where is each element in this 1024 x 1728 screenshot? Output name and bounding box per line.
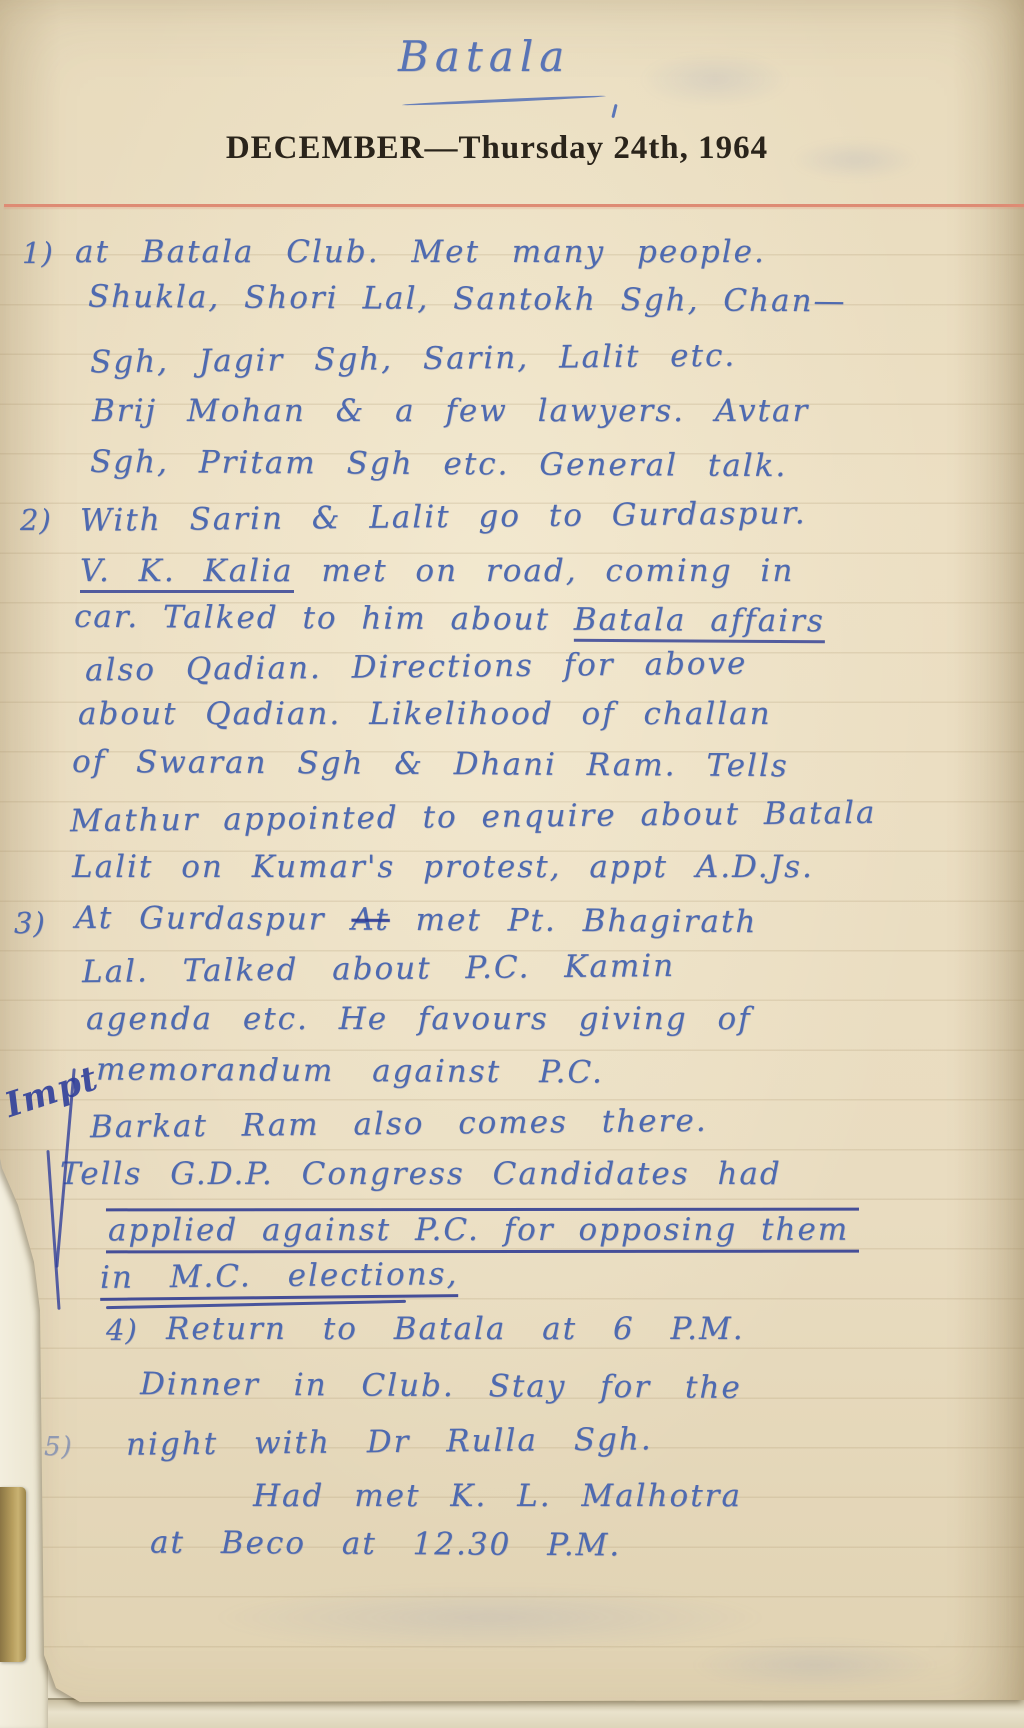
ink-ghost-smudge: [640, 52, 790, 107]
line-text: car. Talked to him about: [74, 599, 574, 638]
ink-ghost-smudge: [210, 1585, 770, 1650]
diary-line: Lalit on Kumar's protest, appt A.D.Js.: [72, 849, 814, 885]
red-header-rule: [4, 204, 1024, 207]
underlined-name: V. K. Kalia: [80, 553, 294, 593]
line-text: Sgh, Jagir Sgh, Sarin, Lalit etc.: [90, 338, 737, 381]
line-text: Sgh, Pritam Sgh etc. General talk.: [90, 444, 788, 484]
line-text: about Qadian. Likelihood of challan: [78, 696, 772, 732]
diary-line: Shukla, Shori Lal, Santokh Sgh, Chan—: [88, 279, 847, 320]
underlined-phrase: Batala affairs: [574, 602, 825, 644]
line-text: Dinner in Club. Stay for the: [140, 1366, 742, 1406]
line-text: Tells G.D.P. Congress Candidates had: [60, 1156, 782, 1192]
diary-line: agenda etc. He favours giving of: [86, 1001, 752, 1037]
line-text: Shukla, Shori Lal, Santokh Sgh, Chan—: [88, 279, 847, 320]
diary-line: in M.C. elections,: [100, 1256, 459, 1301]
diary-paper: Batala DECEMBER—Thursday 24th, 1964 at B…: [0, 0, 1024, 1728]
diary-line: at Beco at 12.30 P.M.: [150, 1525, 621, 1564]
entry-number: 3): [14, 906, 46, 940]
diary-line: about Qadian. Likelihood of challan: [78, 696, 772, 732]
diary-line: Had met K. L. Malhotra: [253, 1478, 742, 1514]
diary-line: Lal. Talked about P.C. Kamin: [82, 948, 675, 990]
line-text: Brij Mohan & a few lawyers. Avtar: [92, 393, 809, 429]
struck-word: At: [351, 902, 390, 938]
line-text: Barkat Ram also comes there.: [90, 1103, 708, 1145]
entry-number: 1): [22, 236, 54, 270]
title-tick-mark: [611, 104, 617, 118]
double-underlined-phrase: applied against P.C. for opposing them: [106, 1208, 859, 1254]
line-text: memorandum against P.C.: [96, 1051, 604, 1090]
diary-line: Sgh, Pritam Sgh etc. General talk.: [90, 444, 788, 484]
diary-line: At Gurdaspur At met Pt. Bhagirath: [75, 900, 758, 940]
entry-number: 4): [106, 1313, 138, 1347]
diary-line: Return to Batala at 6 P.M.: [166, 1311, 745, 1347]
ink-ghost-smudge: [690, 1640, 940, 1690]
line-text: at Beco at 12.30 P.M.: [150, 1525, 621, 1564]
diary-line: Sgh, Jagir Sgh, Sarin, Lalit etc.: [90, 338, 737, 381]
ink-ghost-smudge: [790, 140, 920, 180]
title-underline-stroke: [402, 95, 606, 107]
line-text: Had met K. L. Malhotra: [253, 1478, 742, 1514]
handwritten-place-title: Batala: [398, 32, 570, 81]
diary-line: applied against P.C. for opposing them: [106, 1206, 859, 1256]
diary-line: at Batala Club. Met many people.: [75, 234, 766, 270]
diary-line: Brij Mohan & a few lawyers. Avtar: [92, 393, 809, 429]
line-text: at Batala Club. Met many people.: [75, 234, 766, 270]
diary-line: With Sarin & Lalit go to Gurdaspur.: [80, 495, 807, 539]
diary-page-scan: Batala DECEMBER—Thursday 24th, 1964 at B…: [0, 0, 1024, 1728]
line-text: agenda etc. He favours giving of: [86, 1001, 752, 1037]
diary-line: of Swaran Sgh & Dhani Ram. Tells: [72, 744, 789, 784]
underlined-phrase: in M.C. elections,: [100, 1256, 459, 1301]
line-text: Return to Batala at 6 P.M.: [166, 1311, 745, 1347]
line-text: Lal. Talked about P.C. Kamin: [82, 948, 675, 990]
diary-line: V. K. Kalia met on road, coming in: [80, 553, 794, 589]
line-text: of Swaran Sgh & Dhani Ram. Tells: [72, 744, 789, 784]
diary-line: Barkat Ram also comes there.: [90, 1103, 708, 1145]
line-text: met Pt. Bhagirath: [390, 902, 758, 940]
line-text: also Qadian. Directions for above: [85, 646, 748, 689]
line-text: At Gurdaspur: [75, 900, 352, 938]
diary-line: Dinner in Club. Stay for the: [140, 1366, 742, 1406]
line-text: night with Dr Rulla Sgh.: [126, 1421, 653, 1463]
line-text: With Sarin & Lalit go to Gurdaspur.: [80, 495, 807, 539]
diary-line: also Qadian. Directions for above: [85, 646, 748, 689]
diary-line: Tells G.D.P. Congress Candidates had: [60, 1156, 782, 1192]
diary-line: car. Talked to him about Batala affairs: [74, 599, 825, 640]
entry-number: 2): [20, 503, 52, 537]
diary-line: memorandum against P.C.: [96, 1051, 604, 1090]
diary-line: night with Dr Rulla Sgh.: [126, 1421, 653, 1463]
line-text: met on road, coming in: [294, 553, 795, 589]
entry-number-faint: 5): [44, 1432, 73, 1462]
page-wrap: Batala DECEMBER—Thursday 24th, 1964 at B…: [0, 0, 1024, 1728]
line-text: Lalit on Kumar's protest, appt A.D.Js.: [72, 849, 814, 885]
